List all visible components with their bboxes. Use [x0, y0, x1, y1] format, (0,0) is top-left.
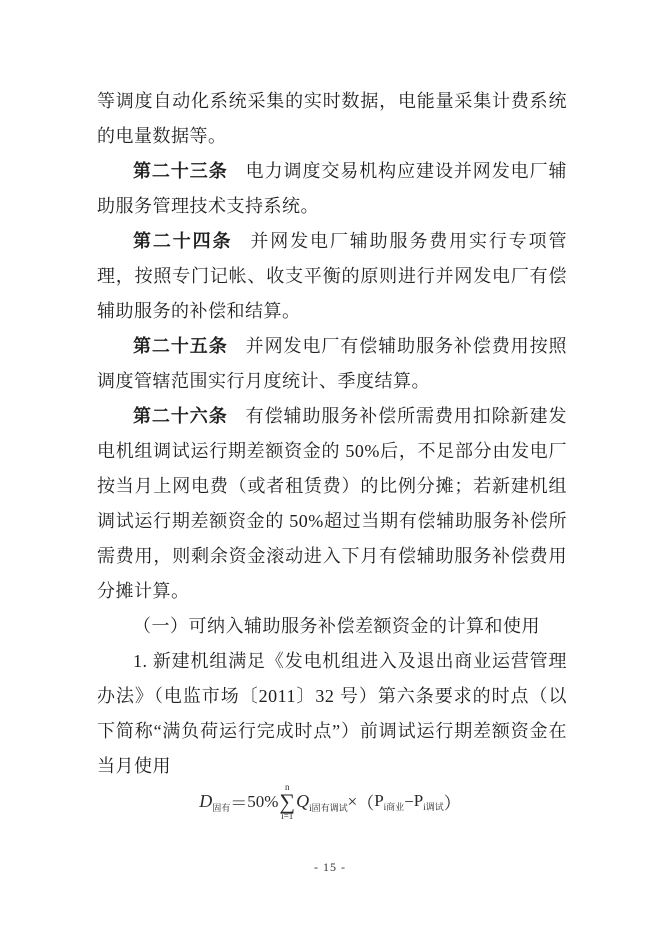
summation-lower-limit: i=1 [281, 812, 293, 821]
paragraph: （一）可纳入辅助服务补偿差额资金的计算和使用 [97, 609, 567, 644]
article-heading: 第二十四条 [133, 231, 232, 251]
article-paragraph: 第二十六条有偿辅助服务补偿所需费用扣除新建发电机组调试运行期差额资金的 50%后… [97, 399, 567, 609]
article-heading: 第二十六条 [133, 406, 228, 426]
formula-p1-term: Pi商业 [374, 791, 404, 812]
formula-q-subscript: i固有调试 [309, 803, 348, 813]
multiply-sign: × [348, 792, 358, 812]
page-number: - 15 - [0, 860, 660, 875]
formula-p1-subscript: i商业 [384, 802, 405, 812]
formula: D固有 ＝ 50% n ∑ i=1 Qi固有调试 × （ Pi商业 − Pi调试… [0, 783, 660, 821]
article-paragraph: 第二十三条电力调度交易机构应建设并网发电厂辅助服务管理技术支持系统。 [97, 154, 567, 224]
document-page: 等调度自动化系统采集的实时数据，电能量采集计费系统的电量数据等。第二十三条电力调… [0, 0, 660, 933]
article-paragraph: 第二十五条并网发电厂有偿辅助服务补偿费用按照调度管辖范围实行月度统计、季度结算。 [97, 329, 567, 399]
minus-sign: − [404, 792, 414, 812]
formula-p1-symbol: P [374, 791, 383, 810]
document-body: 等调度自动化系统采集的实时数据，电能量采集计费系统的电量数据等。第二十三条电力调… [97, 84, 567, 784]
sigma-icon: ∑ [279, 792, 295, 812]
formula-lhs: D固有 [199, 791, 230, 813]
open-paren: （ [357, 789, 374, 814]
formula-q-term: Qi固有调试 [296, 791, 348, 813]
article-heading: 第二十五条 [133, 336, 228, 356]
close-paren: ） [444, 789, 461, 814]
formula-q-symbol: Q [296, 791, 309, 811]
formula-coefficient: 50% [247, 792, 278, 812]
formula-lhs-subscript: 固有 [212, 803, 230, 813]
formula-p2-symbol: P [414, 791, 423, 810]
equals-sign: ＝ [230, 789, 247, 814]
formula-p2-subscript: i调试 [423, 802, 444, 812]
summation-symbol: n ∑ i=1 [279, 783, 295, 821]
paragraph: 1. 新建机组满足《发电机组进入及退出商业运营管理办法》（电监市场〔2011〕3… [97, 644, 567, 784]
formula-lhs-symbol: D [199, 791, 212, 811]
article-heading: 第二十三条 [133, 161, 228, 181]
article-paragraph: 第二十四条并网发电厂辅助服务费用实行专项管理，按照专门记帐、收支平衡的原则进行并… [97, 224, 567, 329]
paragraph: 等调度自动化系统采集的实时数据，电能量采集计费系统的电量数据等。 [97, 84, 567, 154]
formula-p2-term: Pi调试 [414, 791, 444, 812]
